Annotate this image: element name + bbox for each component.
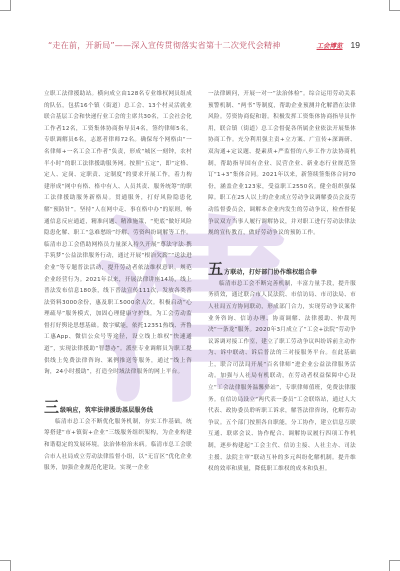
paragraph: 立职工法律援助站。横向成立由128名专业维权网员组成的队伍，包括16个镇（街道）…: [44, 89, 192, 379]
page-number: 19: [351, 40, 360, 50]
section-heading-text: 方联动，打好部门协作维权组合拳: [224, 268, 317, 277]
crop-mark-top-left: [0, 0, 11, 11]
section-heading-3: 三 级响应，筑牢法律援助基层服务线: [44, 399, 192, 415]
left-column: 立职工法律援助站。横向成立由128名专业维权网员组成的队伍，包括16个镇（街道）…: [44, 89, 192, 476]
crop-mark-bottom-left: [0, 560, 11, 571]
crop-mark-top-right: [389, 0, 400, 11]
paragraph: 临清市总工会不断优化服务机制，夯实工作基础，统筹搭建“市+镇街+企业”三级服务组…: [44, 417, 192, 475]
running-title: “走在前，开新局”——深入宣传贯彻落实省第十二次党代会精神: [48, 40, 280, 51]
page-header: “走在前，开新局”——深入宣传贯彻落实省第十二次党代会精神 工会博览 19: [48, 38, 360, 52]
paragraph: 一法律顾问，开展一对一“法治体检”。综合运用劳动关系预警机制、“两书”等制度，帮…: [208, 89, 356, 240]
paragraph: 临清市总工会不断完善机制，丰富力量手段，提升服务质效，通过联合市人民法院、市信访…: [208, 279, 356, 476]
section-heading-text: 级响应，筑牢法律援助基层服务线: [60, 406, 153, 415]
section-heading-initial: 三: [44, 400, 59, 415]
section-heading-5: 五 方联动，打好部门协作维权组合拳: [208, 261, 356, 277]
right-column: 一法律顾问，开展一对一“法治体检”。综合运用劳动关系预警机制、“两书”等制度，帮…: [208, 89, 356, 476]
magazine-brand-logo: 工会博览: [317, 41, 343, 50]
article-body: 立职工法律援助站。横向成立由128名专业维权网员组成的队伍，包括16个镇（街道）…: [44, 89, 356, 476]
section-heading-initial: 五: [208, 262, 223, 277]
crop-mark-bottom-right: [389, 560, 400, 571]
